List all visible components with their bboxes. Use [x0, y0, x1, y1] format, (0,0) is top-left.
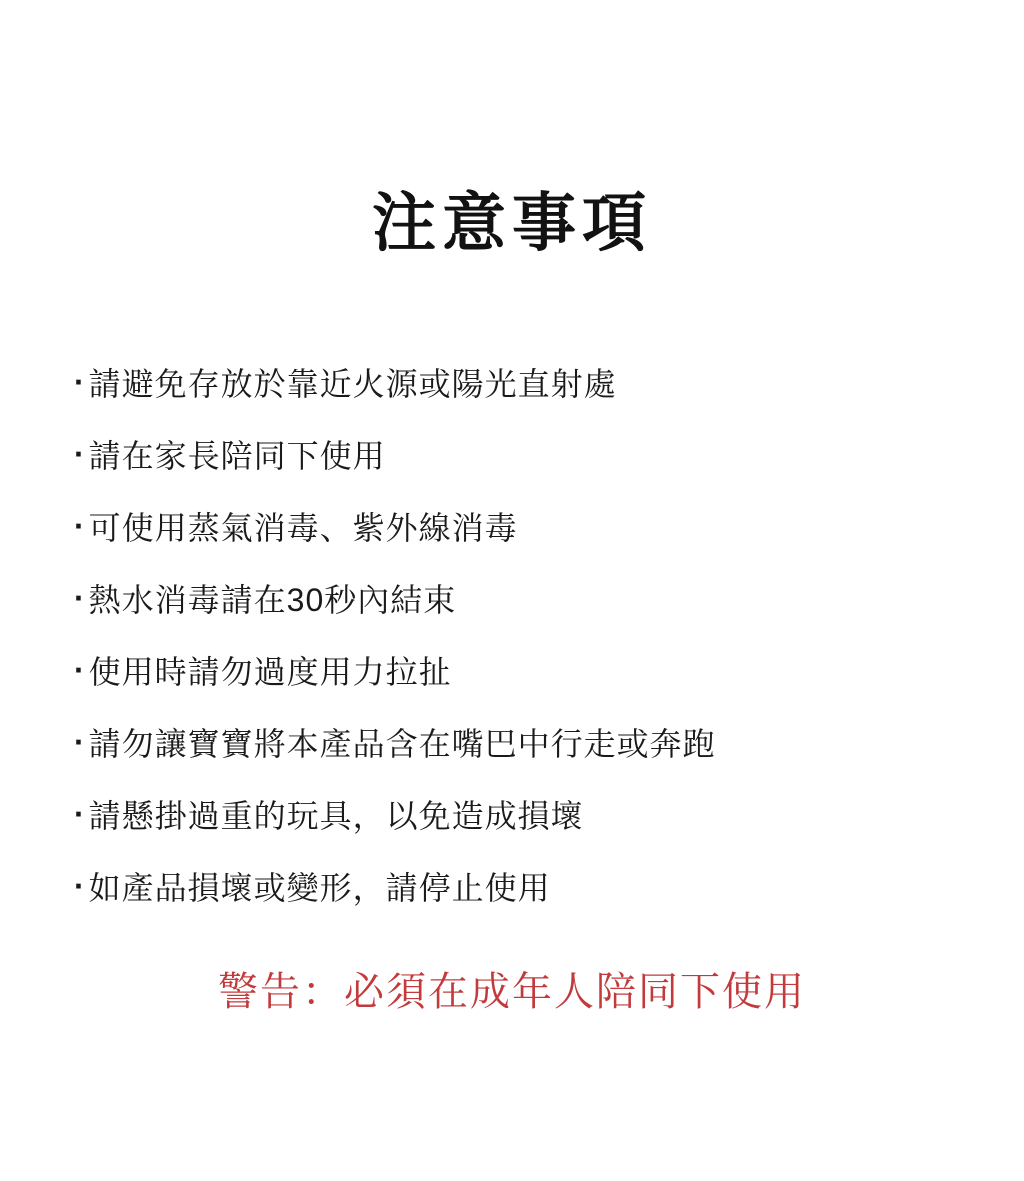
list-item-text: 請勿讓寶寶將本產品含在嘴巴中行走或奔跑: [89, 719, 716, 765]
list-item: · 使用時請勿過度用力拉扯: [74, 634, 984, 706]
bullet-dot-icon: ·: [74, 652, 86, 689]
page-title: 注意事項: [0, 188, 1024, 258]
list-item-text: 請避免存放於靠近火源或陽光直射處: [89, 359, 617, 405]
list-item-text: 可使用蒸氣消毒、紫外線消毒: [89, 503, 518, 549]
bullet-dot-icon: ·: [74, 868, 86, 905]
list-item: · 請避免存放於靠近火源或陽光直射處: [74, 346, 984, 418]
list-item: · 熱水消毒請在30秒內結束: [74, 562, 984, 634]
bullet-dot-icon: ·: [74, 436, 86, 473]
bullet-dot-icon: ·: [74, 724, 86, 761]
notice-list: · 請避免存放於靠近火源或陽光直射處 · 請在家長陪同下使用 · 可使用蒸氣消毒…: [0, 346, 1024, 922]
bullet-dot-icon: ·: [74, 796, 86, 833]
list-item: · 請懸掛過重的玩具，以免造成損壞: [74, 778, 984, 850]
notice-page: 注意事項 · 請避免存放於靠近火源或陽光直射處 · 請在家長陪同下使用 · 可使…: [0, 0, 1024, 1181]
bullet-dot-icon: ·: [74, 508, 86, 545]
list-item-text: 如產品損壞或變形，請停止使用: [89, 863, 551, 909]
list-item: · 可使用蒸氣消毒、紫外線消毒: [74, 490, 984, 562]
list-item: · 如產品損壞或變形，請停止使用: [74, 850, 984, 922]
list-item-text: 請懸掛過重的玩具，以免造成損壞: [89, 791, 584, 837]
warning-text: 警告：必須在成年人陪同下使用: [0, 964, 1024, 1020]
list-item-text: 請在家長陪同下使用: [89, 431, 386, 477]
bullet-dot-icon: ·: [74, 580, 86, 617]
list-item-text: 使用時請勿過度用力拉扯: [89, 647, 452, 693]
list-item: · 請在家長陪同下使用: [74, 418, 984, 490]
bullet-dot-icon: ·: [74, 364, 86, 401]
list-item: · 請勿讓寶寶將本產品含在嘴巴中行走或奔跑: [74, 706, 984, 778]
list-item-text: 熱水消毒請在30秒內結束: [89, 575, 457, 621]
